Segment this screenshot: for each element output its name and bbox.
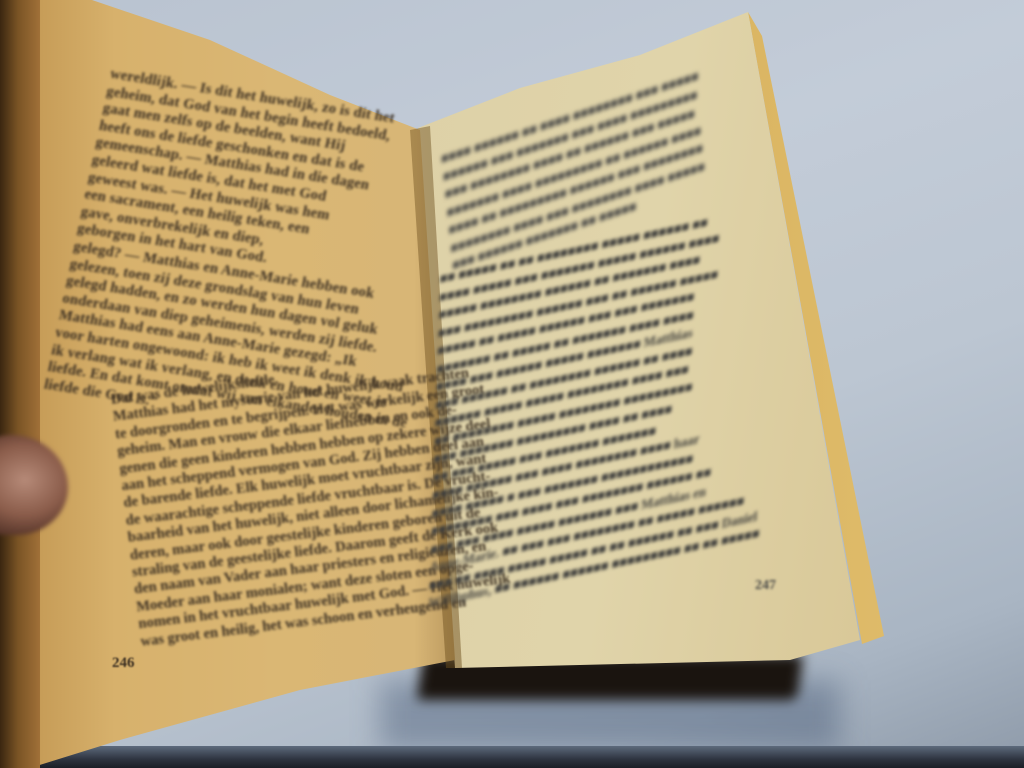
table-edge [0,746,1024,768]
left-page-number: 246 [112,655,135,672]
book-binding [0,0,40,768]
right-page-number: 247 [755,578,776,594]
